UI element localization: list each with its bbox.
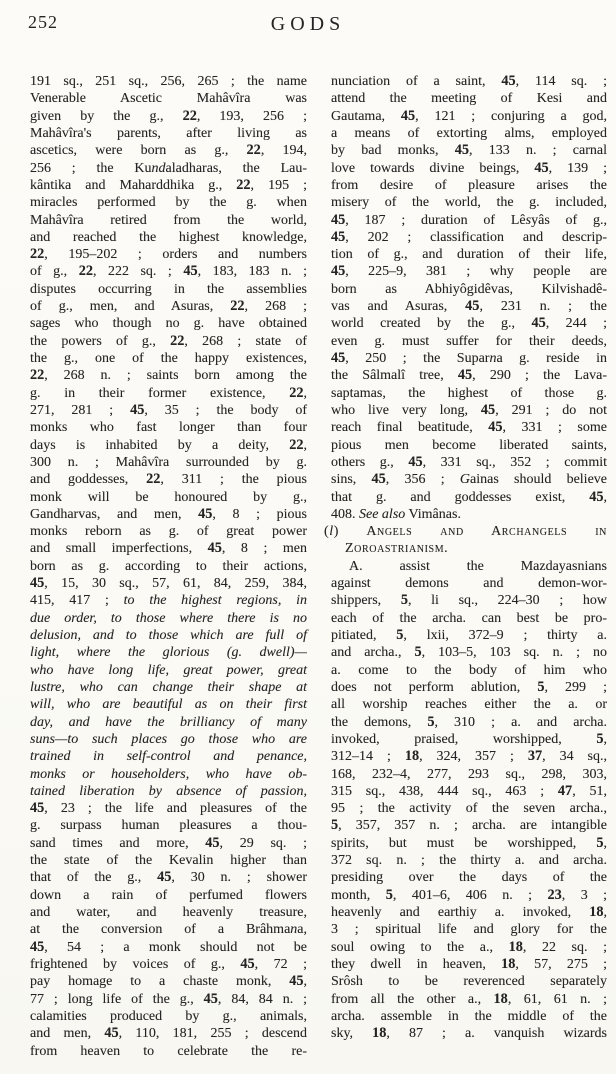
- text-line: 77 ; long life of the g., 45, 84, 84 n. …: [30, 991, 307, 1008]
- text-line: calamities produced by g., animals,: [30, 1008, 307, 1025]
- text-line: the Sâlmalî tree, 45, 290 ; the Lava-: [331, 367, 607, 384]
- text-line: presiding over the days of the: [331, 869, 607, 886]
- text-line: 22, 195–202 ; orders and numbers: [30, 246, 307, 263]
- text-line: Mahâvîra retired from the world,: [30, 212, 307, 229]
- text-line: delusion, and to those which are full of: [30, 627, 307, 644]
- text-line: a means of extorting alms, employed: [331, 125, 607, 142]
- right-column: nunciation of a saint, 45, 114 sq. ;atte…: [331, 73, 607, 1043]
- text-line: ascetics, were born as g., 22, 194,: [30, 142, 307, 159]
- text-line: 95 ; the activity of the seven archa.,: [331, 800, 607, 817]
- text-line: lustre, who can change their shape at: [30, 679, 307, 696]
- text-line: soul owing to the a., 18, 22 sq. ;: [331, 939, 607, 956]
- text-line: miracles performed by the g. when: [30, 194, 307, 211]
- text-line: tained liberation by absence of passion,: [30, 783, 307, 800]
- text-line: of g., men, and Asuras, 22, 268 ;: [30, 298, 307, 315]
- text-line: frightened by voices of g., 45, 72 ;: [30, 956, 307, 973]
- text-line: Gautama, 45, 121 ; conjuring a god,: [331, 108, 607, 125]
- text-line: days is inhabited by a deity, 22,: [30, 437, 307, 454]
- text-line: monks reborn as g. of great power: [30, 523, 307, 540]
- text-line: from desire of pleasure arises the: [331, 177, 607, 194]
- text-line: love towards divine beings, 45, 139 ;: [331, 160, 607, 177]
- text-line: sky, 18, 87 ; a. vanquish wizards: [331, 1025, 607, 1042]
- text-line: pay homage to a chaste monk, 45,: [30, 973, 307, 990]
- text-line: that g. and goddesses exist, 45,: [331, 489, 607, 506]
- text-line: 45, 23 ; the life and pleasures of the: [30, 800, 307, 817]
- text-line: even g. must suffer for their deeds,: [331, 333, 607, 350]
- text-line: 3 ; spiritual life and glory for the: [331, 921, 607, 938]
- text-line: 271, 281 ; 45, 35 ; the body of: [30, 402, 307, 419]
- text-line: a. come to the body of him who: [331, 662, 607, 679]
- text-line: 300 n. ; Mahâvîra surrounded by g.: [30, 454, 307, 471]
- text-line: and small imperfections, 45, 8 ; men: [30, 540, 307, 557]
- text-line: who have long life, great power, great: [30, 662, 307, 679]
- text-line: sins, 45, 356 ; Gainas should believe: [331, 471, 607, 488]
- text-line: trained in self-control and penance,: [30, 748, 307, 765]
- text-line: and reached the highest knowledge,: [30, 229, 307, 246]
- text-line: against demons and demon-wor-: [331, 575, 607, 592]
- text-line: they dwell in heaven, 18, 57, 275 ;: [331, 956, 607, 973]
- text-line: g. in their former existence, 22,: [30, 385, 307, 402]
- text-line: misery of the world, the g. included,: [331, 194, 607, 211]
- text-line: Gandharvas, and men, 45, 8 ; pious: [30, 506, 307, 523]
- text-line: will, who are beautiful as on their firs…: [30, 696, 307, 713]
- text-line: 256 ; the Kundaladharas, the Lau-: [30, 160, 307, 177]
- text-line: attend the meeting of Kesi and: [331, 90, 607, 107]
- text-line: archa. assemble in the middle of the: [331, 1008, 607, 1025]
- text-line: pious men become liberated saints,: [331, 437, 607, 454]
- text-line: monk will be honoured by g.,: [30, 489, 307, 506]
- text-line: others g., 45, 331 sq., 352 ; commit: [331, 454, 607, 471]
- text-line: the powers of g., 22, 268 ; state of: [30, 333, 307, 350]
- text-line: monks or householders, who have ob-: [30, 766, 307, 783]
- text-line: spirits, but must be worshipped, 5,: [331, 835, 607, 852]
- text-line: g. surpass human pleasures a thou-: [30, 817, 307, 834]
- text-line: from all the other a., 18, 61, 61 n. ;: [331, 991, 607, 1008]
- text-line: tion of g., and duration of their life,: [331, 246, 607, 263]
- text-line: pitiated, 5, lxii, 372–9 ; thirty a.: [331, 627, 607, 644]
- text-line: 45, 54 ; a monk should not be: [30, 939, 307, 956]
- text-line: the state of the Kevalin higher than: [30, 852, 307, 869]
- text-line: born as Abhiyôgidêvas, Kilvishadê-: [331, 281, 607, 298]
- text-line: Srôsh to be reverenced separately: [331, 973, 607, 990]
- text-line: 191 sq., 251 sq., 256, 265 ; the name: [30, 73, 307, 90]
- text-line: kântika and Maharddhika g., 22, 195 ;: [30, 177, 307, 194]
- text-line: shippers, 5, li sq., 224–30 ; how: [331, 592, 607, 609]
- text-line: disputes occurring in the assemblies: [30, 281, 307, 298]
- text-line: 22, 268 n. ; saints born among the: [30, 367, 307, 384]
- text-line: does not perform ablution, 5, 299 ;: [331, 679, 607, 696]
- text-line: 45, 225–9, 381 ; why people are: [331, 263, 607, 280]
- text-line: heavenly and earthiy a. invoked, 18,: [331, 904, 607, 921]
- text-line: Venerable Ascetic Mahâvîra was: [30, 90, 307, 107]
- text-line: 315 sq., 438, 444 sq., 463 ; 47, 51,: [331, 783, 607, 800]
- text-line: month, 5, 401–6, 406 n. ; 23, 3 ;: [331, 887, 607, 904]
- text-line: who live very long, 45, 291 ; do not: [331, 402, 607, 419]
- text-line: 5, 357, 357 n. ; archa. are intangible: [331, 817, 607, 834]
- left-column: 191 sq., 251 sq., 256, 265 ; the nameVen…: [30, 73, 307, 1060]
- text-line: nunciation of a saint, 45, 114 sq. ;: [331, 73, 607, 90]
- text-line: from heaven to celebrate the re-: [30, 1043, 307, 1060]
- text-line: 45, 202 ; classification and descrip-: [331, 229, 607, 246]
- text-line: each of the archa. can best be pro-: [331, 610, 607, 627]
- text-line: 312–14 ; 18, 324, 357 ; 37, 34 sq.,: [331, 748, 607, 765]
- text-line: reach final beatitude, 45, 331 ; some: [331, 419, 607, 436]
- text-line: suns—to such places go those who are: [30, 731, 307, 748]
- text-line: and water, and heavenly treasure,: [30, 904, 307, 921]
- text-line: and archa., 5, 103–5, 103 sq. n. ; no: [331, 644, 607, 661]
- text-line: at the conversion of a Brâhmana,: [30, 921, 307, 938]
- text-line: sand times and more, 45, 29 sq. ;: [30, 835, 307, 852]
- text-line: down a rain of perfumed flowers: [30, 887, 307, 904]
- text-line: monks who fast longer than four: [30, 419, 307, 436]
- text-line: (l) Angels and Archangels in: [324, 523, 607, 540]
- text-line: A. assist the Mazdayasnians: [331, 558, 607, 575]
- text-line: and men, 45, 110, 181, 255 ; descend: [30, 1025, 307, 1042]
- text-line: the demons, 5, 310 ; a. and archa.: [331, 714, 607, 731]
- text-line: day, and have the brilliancy of many: [30, 714, 307, 731]
- text-line: vas and Asuras, 45, 231 n. ; the: [331, 298, 607, 315]
- text-line: Zoroastrianism.: [331, 540, 607, 557]
- text-line: 45, 15, 30 sq., 57, 61, 84, 259, 384,: [30, 575, 307, 592]
- running-head: GODS: [0, 13, 616, 36]
- text-line: 372 sq. n. ; the thirty a. and archa.: [331, 852, 607, 869]
- text-line: 415, 417 ; to the highest regions, in: [30, 592, 307, 609]
- scanned-book-page: 252 GODS 191 sq., 251 sq., 256, 265 ; th…: [0, 0, 616, 1074]
- text-line: the g., one of the happy existences,: [30, 350, 307, 367]
- text-line: given by the g., 22, 193, 256 ;: [30, 108, 307, 125]
- text-line: world created by the g., 45, 244 ;: [331, 315, 607, 332]
- text-line: Mahâvîra's parents, after living as: [30, 125, 307, 142]
- text-line: due order, to those where there is no: [30, 610, 307, 627]
- text-line: 408. See also Vimânas.: [331, 506, 607, 523]
- text-line: and goddesses, 22, 311 ; the pious: [30, 471, 307, 488]
- text-line: all worship reaches either the a. or: [331, 696, 607, 713]
- text-line: 45, 187 ; duration of Lêsyâs of g.,: [331, 212, 607, 229]
- text-line: sages who though no g. have obtained: [30, 315, 307, 332]
- text-line: 168, 232–4, 277, 293 sq., 298, 303,: [331, 766, 607, 783]
- text-line: of g., 22, 222 sq. ; 45, 183, 183 n. ;: [30, 263, 307, 280]
- text-line: invoked, praised, worshipped, 5,: [331, 731, 607, 748]
- text-line: by bad monks, 45, 133 n. ; carnal: [331, 142, 607, 159]
- text-line: light, where the glorious (g. dwell)—: [30, 644, 307, 661]
- text-line: 45, 250 ; the Suparna g. reside in: [331, 350, 607, 367]
- text-line: born as g. according to their actions,: [30, 558, 307, 575]
- text-line: saptamas, the highest of those g.: [331, 385, 607, 402]
- text-line: that of the g., 45, 30 n. ; shower: [30, 869, 307, 886]
